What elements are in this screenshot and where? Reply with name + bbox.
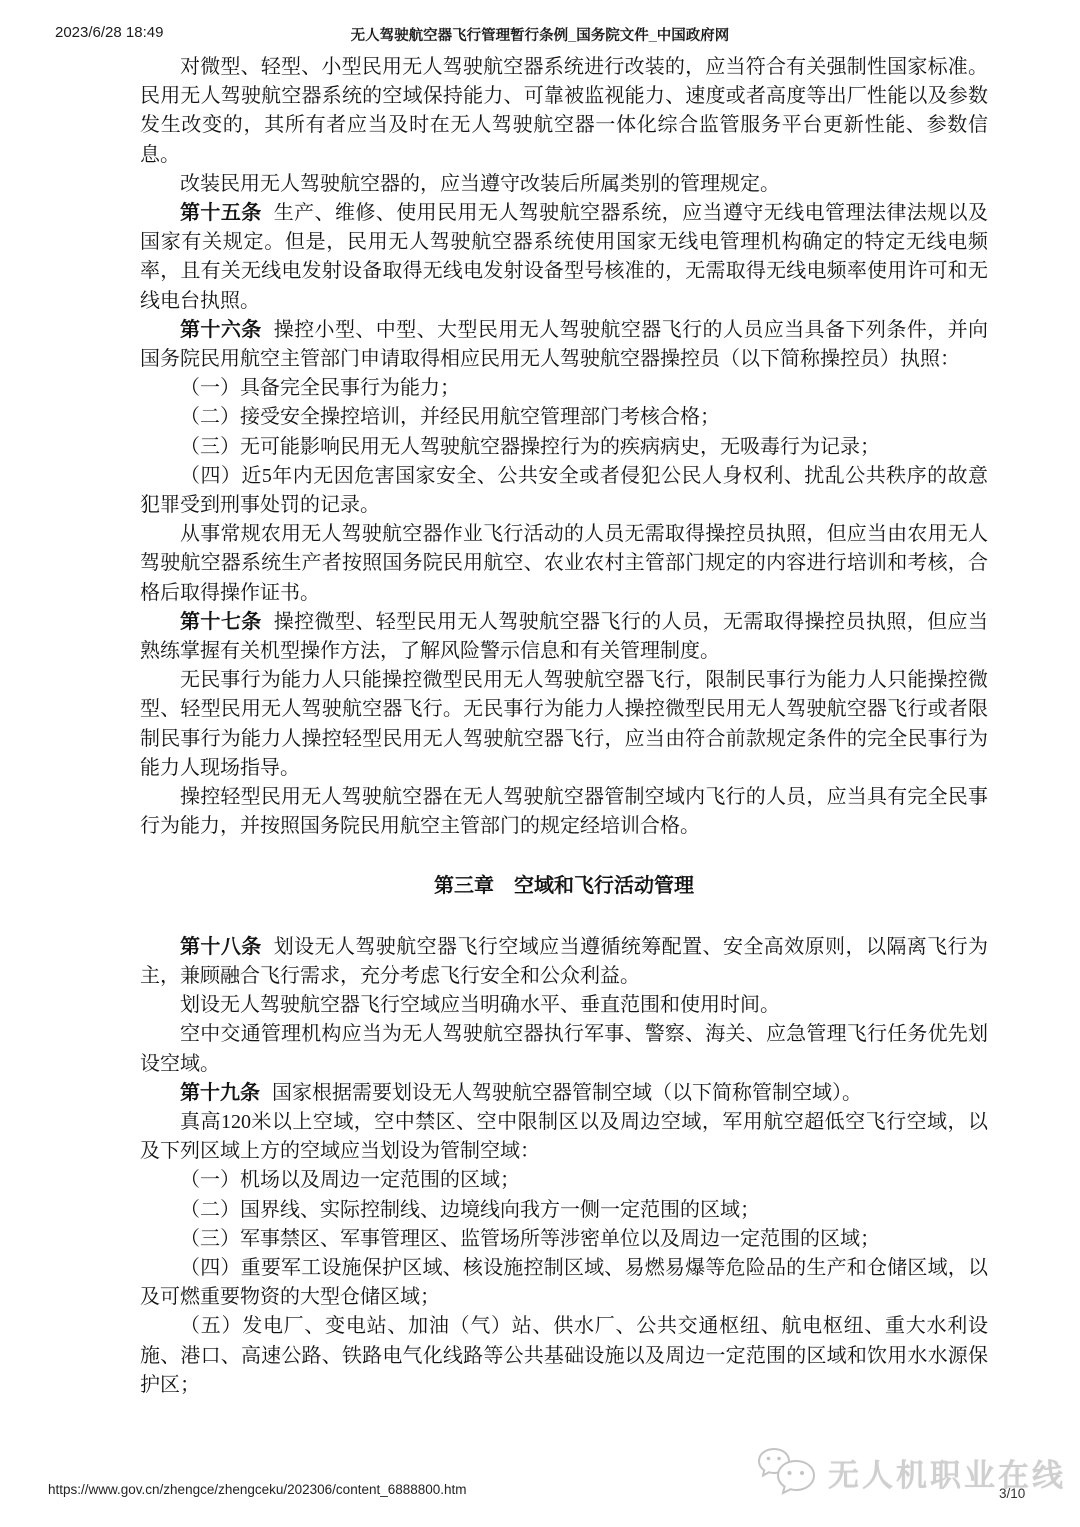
paragraph: 从事常规农用无人驾驶航空器作业飞行活动的人员无需取得操控员执照，但应当由农用无人… <box>140 520 988 608</box>
list-item: （四）重要军工设施保护区域、核设施控制区域、易燃易爆等危险品的生产和仓储区域，以… <box>140 1254 988 1312</box>
paragraph: 操控轻型民用无人驾驶航空器在无人驾驶航空器管制空域内飞行的人员，应当具有完全民事… <box>140 783 988 841</box>
article-paragraph: 第十七条操控微型、轻型民用无人驾驶航空器飞行的人员，无需取得操控员执照，但应当熟… <box>140 608 988 666</box>
article-number: 第十九条 <box>180 1082 260 1104</box>
paragraph: 对微型、轻型、小型民用无人驾驶航空器系统进行改装的，应当符合有关强制性国家标准。… <box>140 53 988 170</box>
article-paragraph: 第十六条操控小型、中型、大型民用无人驾驶航空器飞行的人员应当具备下列条件，并向国… <box>140 316 988 374</box>
paragraph: 无民事行为能力人只能操控微型民用无人驾驶航空器飞行，限制民事行为能力人只能操控微… <box>140 666 988 783</box>
footer-url: https://www.gov.cn/zhengce/zhengceku/202… <box>48 1482 467 1497</box>
list-item: （一）具备完全民事行为能力； <box>140 374 988 403</box>
page-number: 3/10 <box>999 1486 1025 1501</box>
list-item: （一）机场以及周边一定范围的区域； <box>140 1166 988 1195</box>
print-header: 2023/6/28 18:49 无人驾驶航空器飞行管理暂行条例_国务院文件_中国… <box>0 24 1080 48</box>
article-text: 国家根据需要划设无人驾驶航空器管制空域（以下简称管制空域）。 <box>272 1082 862 1104</box>
article-number: 第十八条 <box>180 936 262 958</box>
article-paragraph: 第十五条生产、维修、使用民用无人驾驶航空器系统，应当遵守无线电管理法律法规以及国… <box>140 199 988 316</box>
document-body: 对微型、轻型、小型民用无人驾驶航空器系统进行改装的，应当符合有关强制性国家标准。… <box>140 53 988 1400</box>
paragraph: 划设无人驾驶航空器飞行空域应当明确水平、垂直范围和使用时间。 <box>140 991 988 1020</box>
list-item: （三）无可能影响民用无人驾驶航空器操控行为的疾病病史，无吸毒行为记录； <box>140 433 988 462</box>
article-text: 生产、维修、使用民用无人驾驶航空器系统，应当遵守无线电管理法律法规以及国家有关规… <box>140 202 988 312</box>
list-item: （五）发电厂、变电站、加油（气）站、供水厂、公共交通枢纽、航电枢纽、重大水利设施… <box>140 1312 988 1400</box>
paragraph: 空中交通管理机构应当为无人驾驶航空器执行军事、警察、海关、应急管理飞行任务优先划… <box>140 1020 988 1078</box>
page-title: 无人驾驶航空器飞行管理暂行条例_国务院文件_中国政府网 <box>0 24 1080 45</box>
article-text: 操控小型、中型、大型民用无人驾驶航空器飞行的人员应当具备下列条件，并向国务院民用… <box>140 319 988 370</box>
paragraph: 真高120米以上空域，空中禁区、空中限制区以及周边空域，军用航空超低空飞行空域，… <box>140 1108 988 1166</box>
paragraph: 改装民用无人驾驶航空器的，应当遵守改装后所属类别的管理规定。 <box>140 170 988 199</box>
article-paragraph: 第十九条国家根据需要划设无人驾驶航空器管制空域（以下简称管制空域）。 <box>140 1079 988 1108</box>
article-number: 第十五条 <box>180 202 262 224</box>
article-text: 操控微型、轻型民用无人驾驶航空器飞行的人员，无需取得操控员执照，但应当熟练掌握有… <box>140 611 988 662</box>
watermark-text: 无人机职业在线 <box>828 1450 1066 1495</box>
article-text: 划设无人驾驶航空器飞行空域应当遵循统筹配置、安全高效原则，以隔离飞行为主，兼顾融… <box>140 936 988 987</box>
list-item: （二）国界线、实际控制线、边境线向我方一侧一定范围的区域； <box>140 1196 988 1225</box>
article-paragraph: 第十八条划设无人驾驶航空器飞行空域应当遵循统筹配置、安全高效原则，以隔离飞行为主… <box>140 933 988 991</box>
list-item: （四）近5年内无因危害国家安全、公共安全或者侵犯公民人身权利、扰乱公共秩序的故意… <box>140 462 988 520</box>
list-item: （三）军事禁区、军事管理区、监管场所等涉密单位以及周边一定范围的区域； <box>140 1225 988 1254</box>
chat-bubbles-icon <box>756 1447 818 1497</box>
article-number: 第十六条 <box>180 319 262 341</box>
list-item: （二）接受安全操控培训，并经民用航空管理部门考核合格； <box>140 403 988 432</box>
chapter-heading: 第三章 空域和飞行活动管理 <box>140 872 988 901</box>
article-number: 第十七条 <box>180 611 262 633</box>
